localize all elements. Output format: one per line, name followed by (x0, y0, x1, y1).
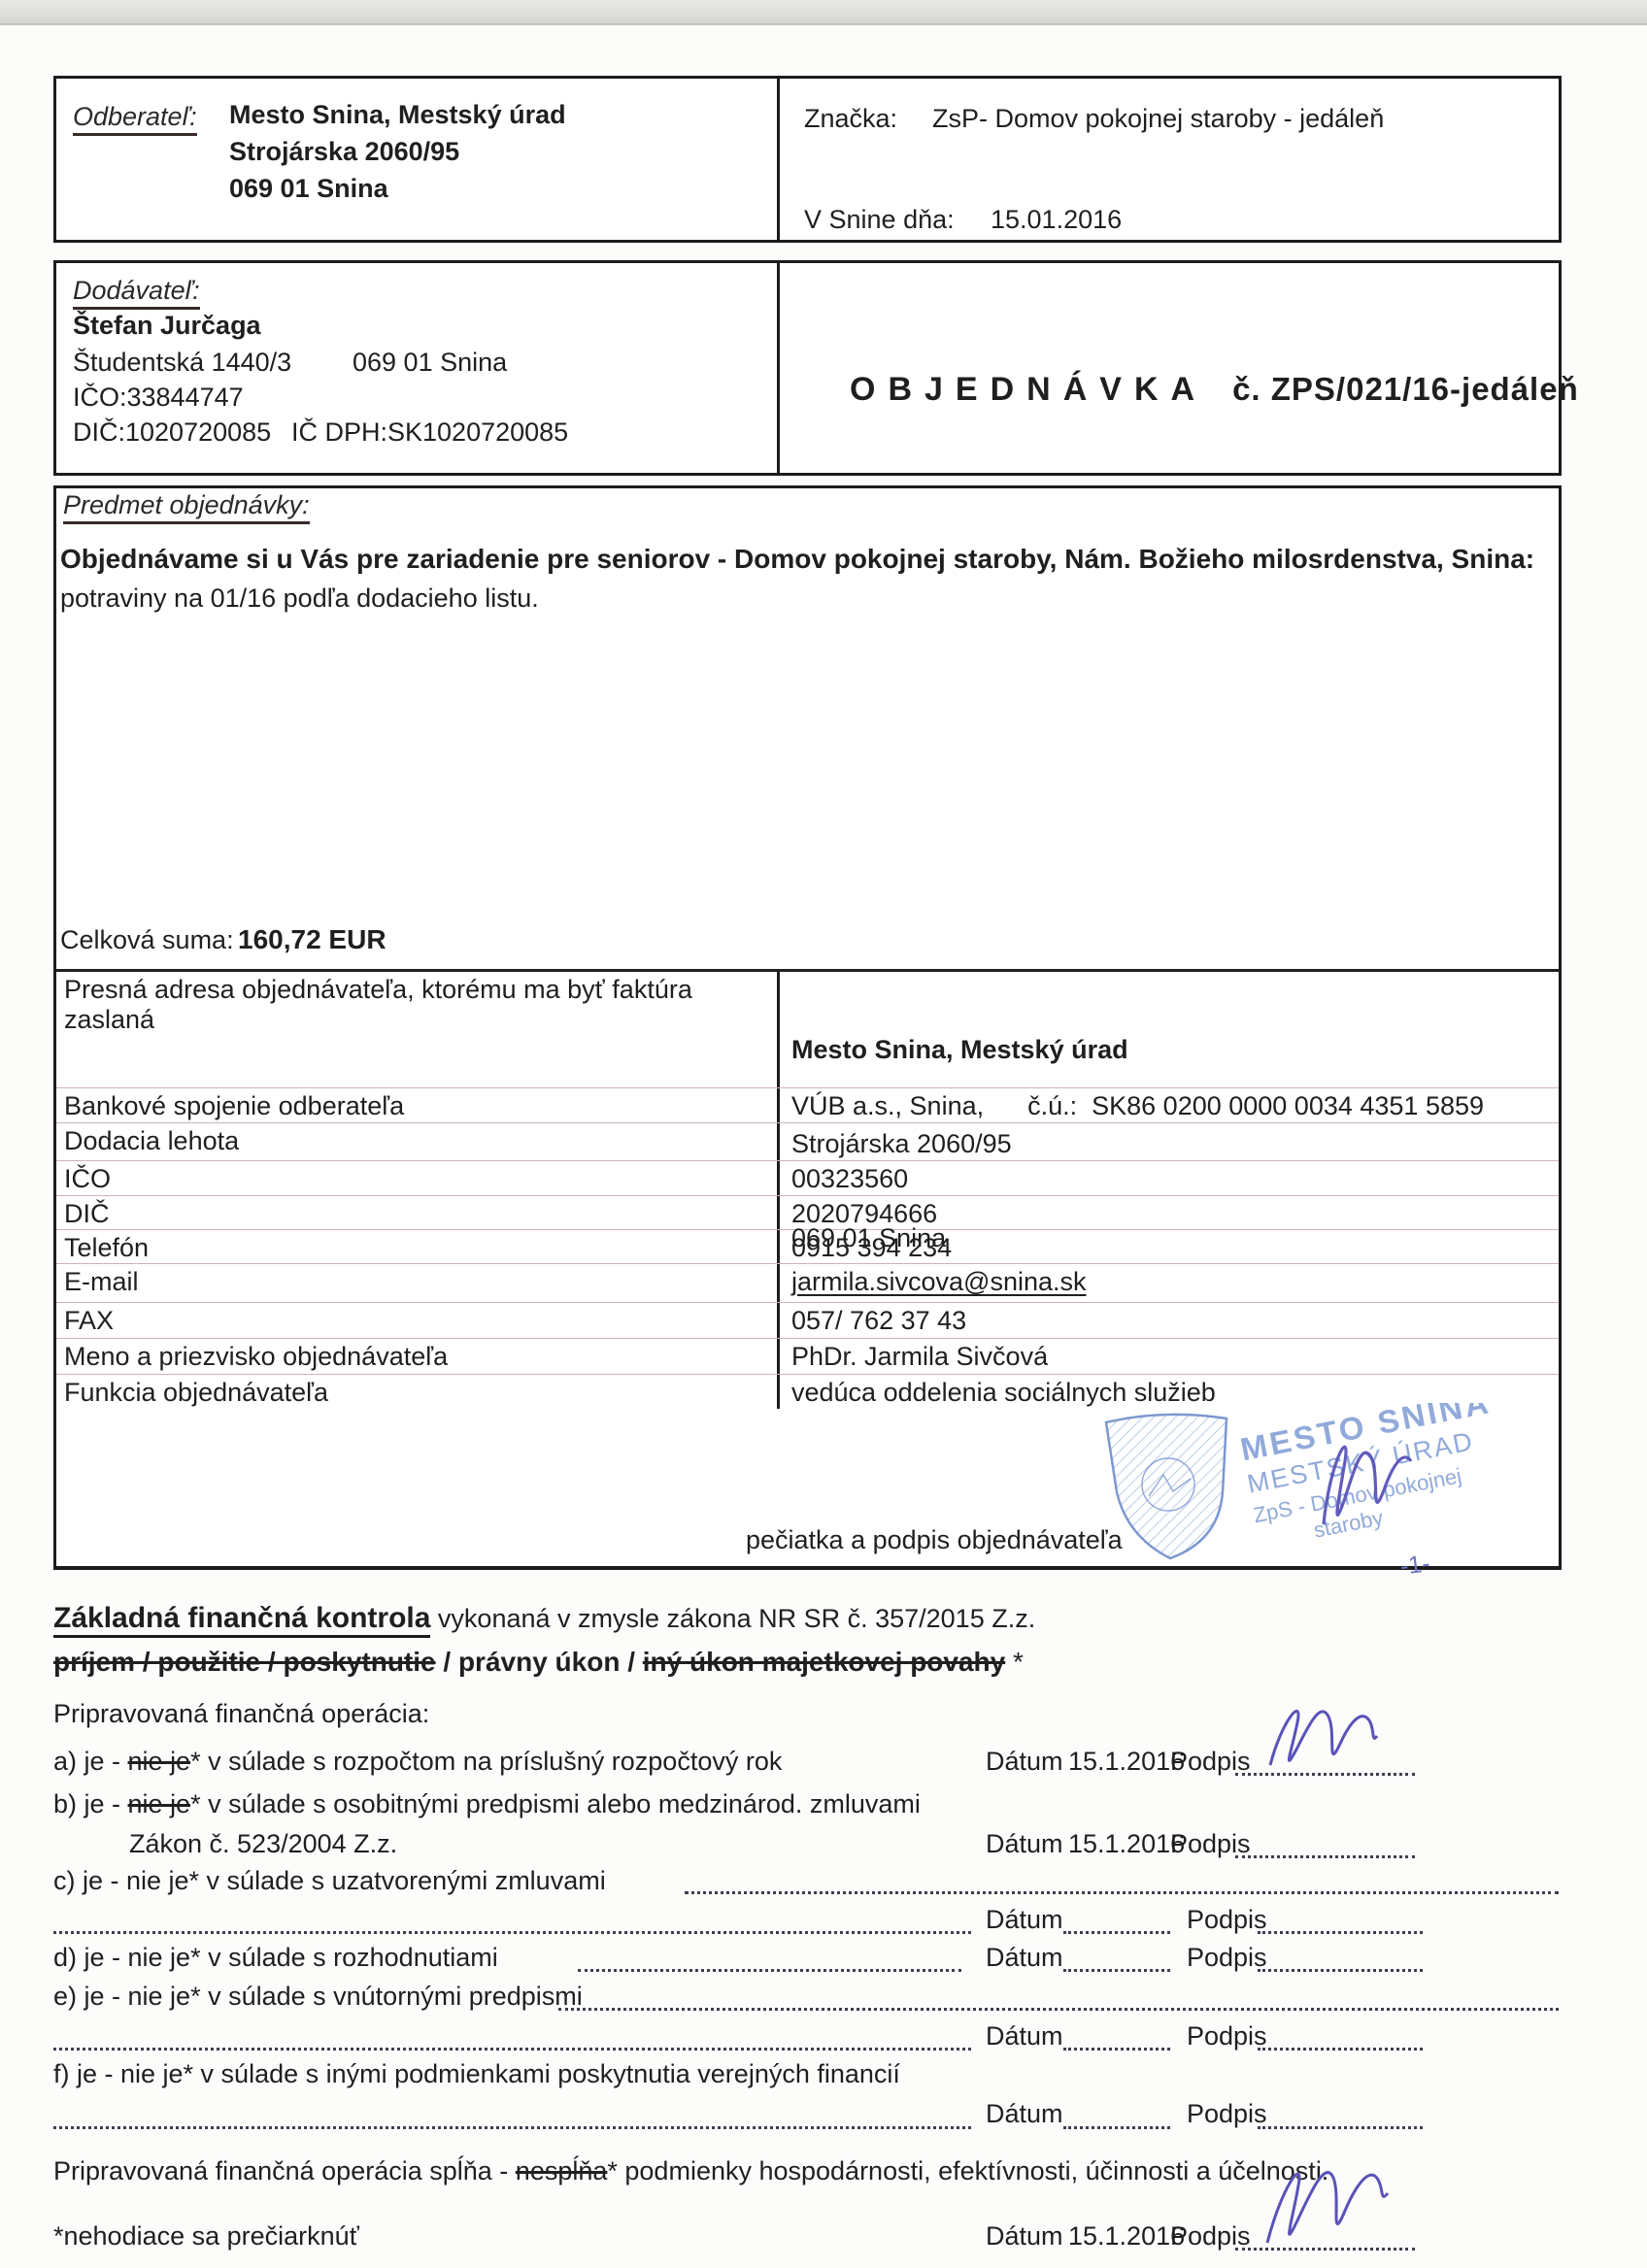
signature-label: Podpis (1187, 1943, 1267, 1973)
dotted-line (1258, 2126, 1423, 2129)
dotted-line (1063, 2048, 1170, 2051)
header-divider (777, 79, 780, 240)
item-c: c) je - nie je* v súlade s uzatvorenými … (53, 1866, 606, 1896)
stamp-caption: pečiatka a podpis objednávateľa (746, 1525, 1123, 1555)
row-label: Presná adresa objednávateľa, ktorému ma … (56, 972, 777, 1087)
dotted-line (1063, 1969, 1170, 1972)
dotted-line (1258, 2048, 1423, 2051)
item-b: b) je - nie je* v súlade s osobitnými pr… (53, 1789, 921, 1819)
dotted-line (1258, 1969, 1423, 1972)
row-label: Dodacia lehota (56, 1123, 777, 1160)
row-label: IČO (56, 1161, 777, 1195)
table-row: Meno a priezvisko objednávateľa PhDr. Ja… (56, 1338, 1559, 1374)
city-stamp: MESTO SNINA MESTSKÝ ÚRAD ZpS - Domov pok… (1091, 1403, 1508, 1568)
dotted-line (1235, 1855, 1415, 1858)
control-heading-line: Základná finančná kontrola vykonaná v zm… (53, 1602, 1035, 1635)
dotted-line (1063, 2126, 1170, 2129)
date-label: Dátum (986, 2099, 1063, 2129)
row-label: Meno a priezvisko objednávateľa (56, 1339, 777, 1374)
signature-a (1253, 1687, 1408, 1780)
table-row: DIČ 2020794666 (56, 1195, 1559, 1229)
row-value (777, 1123, 1559, 1160)
supplier-ico: IČO:33844747 (73, 383, 244, 413)
supplier-name: Štefan Jurčaga (73, 311, 261, 341)
scanned-order-page: Odberateľ: Mesto Snina, Mestský úrad Str… (0, 0, 1647, 2268)
date-label: Dátum (986, 1747, 1063, 1777)
scan-edge-band (0, 0, 1647, 25)
order-number: č. ZPS/021/16-jedáleň (1232, 371, 1579, 407)
table-row: FAX 057/ 762 37 43 (56, 1302, 1559, 1338)
row-value: PhDr. Jarmila Sivčová (777, 1339, 1559, 1374)
row-value-email: jarmila.sivcova@snina.sk (777, 1264, 1559, 1302)
table-row: Telefón 0915 394 234 (56, 1229, 1559, 1263)
option-star: * (1005, 1647, 1024, 1677)
dotted-line (1063, 1931, 1170, 1934)
dotted-line (1258, 1931, 1423, 1934)
customer-name: Mesto Snina, Mestský úrad (229, 100, 566, 130)
row-value: 2020794666 (777, 1196, 1559, 1229)
date-value-final: 15.1.2016 (1068, 2221, 1185, 2251)
total-label: Celková suma: (60, 925, 234, 955)
date-label: Dátum (986, 1905, 1063, 1935)
customer-label: Odberateľ: (73, 102, 197, 136)
table-row: E-mail jarmila.sivcova@snina.sk (56, 1263, 1559, 1302)
dotted-line (685, 1891, 1559, 1894)
place-date-label: V Snine dňa: (804, 205, 955, 235)
customer-street: Strojárska 2060/95 (229, 137, 459, 167)
date-label: Dátum (986, 2021, 1063, 2051)
subject-line2: potraviny na 01/16 podľa dodacieho listu… (60, 584, 539, 614)
item-e: e) je - nie je* v súlade s vnútornými pr… (53, 1982, 583, 2012)
item-d: d) je - nie je* v súlade s rozhodnutiami (53, 1943, 498, 1973)
fulfils-struck: nespĺňa (516, 2156, 608, 2185)
row-label: DIČ (56, 1196, 777, 1229)
supplier-ic-dph: IČ DPH:SK1020720085 (291, 417, 568, 448)
row-label: E-mail (56, 1264, 777, 1302)
item-a-struck: nie je (128, 1747, 191, 1776)
stamp-shield (1106, 1415, 1227, 1558)
item-f: f) je - nie je* v súlade s inými podmien… (53, 2059, 900, 2089)
dotted-line (558, 2008, 1559, 2011)
option-mid: / právny úkon / (436, 1647, 643, 1677)
item-a: a) je - nie je* v súlade s rozpočtom na … (53, 1747, 782, 1777)
struck-option-b: iný úkon majetkovej povahy (643, 1647, 1005, 1677)
date-value-b: 15.1.2016 (1068, 1829, 1185, 1859)
supplier-city: 069 01 Snina (353, 348, 507, 378)
customer-city: 069 01 Snina (229, 174, 388, 204)
row-value: 00323560 (777, 1161, 1559, 1195)
item-b-law: Zákon č. 523/2004 Z.z. (129, 1829, 397, 1859)
control-operation-type-line: príjem / použitie / poskytnutie / právny… (53, 1647, 1024, 1678)
header-box: Odberateľ: Mesto Snina, Mestský úrad Str… (53, 76, 1562, 243)
table-row: Presná adresa objednávateľa, ktorému ma … (56, 972, 1559, 1087)
date-label: Dátum (986, 1829, 1063, 1859)
supplier-divider (777, 263, 780, 473)
subject-label: Predmet objednávky: (63, 490, 310, 524)
supplier-box: Dodávateľ: Štefan Jurčaga Študentská 144… (53, 260, 1562, 476)
footnote: *nehodiace sa prečiarknúť (53, 2221, 359, 2251)
date-label: Dátum (986, 1943, 1063, 1973)
signature-label: Podpis (1187, 2021, 1267, 2051)
order-title: OBJEDNÁVKA (850, 371, 1207, 408)
dotted-line (578, 1969, 961, 1972)
place-date-value: 15.01.2016 (991, 205, 1122, 235)
signature-label: Podpis (1187, 1905, 1267, 1935)
row-label: Telefón (56, 1230, 777, 1263)
prepared-operation-label: Pripravovaná finančná operácia: (53, 1699, 429, 1729)
supplier-dic: DIČ:1020720085 (73, 417, 271, 448)
row-value: Mesto Snina, Mestský úrad Strojárska 206… (777, 972, 1559, 1087)
date-value-a: 15.1.2016 (1068, 1747, 1185, 1777)
item-b-struck: nie je (128, 1789, 191, 1818)
mark-label: Značka: (804, 104, 897, 134)
supplier-street: Študentská 1440/3 (73, 348, 291, 378)
dotted-line (53, 2048, 971, 2051)
date-label: Dátum (986, 2221, 1063, 2251)
row-label: Bankové spojenie odberateľa (56, 1088, 777, 1122)
stamp-text: MESTO SNINA MESTSKÝ ÚRAD ZpS - Domov pok… (1237, 1403, 1508, 1553)
control-heading-rest: vykonaná v zmysle zákona NR SR č. 357/20… (430, 1604, 1035, 1633)
row-value: 0915 394 234 (777, 1230, 1559, 1263)
table-row: IČO 00323560 (56, 1160, 1559, 1195)
mark-value: ZsP- Domov pokojnej staroby - jedáleň (932, 104, 1384, 134)
dotted-line (53, 2126, 971, 2129)
table-row: Dodacia lehota (56, 1122, 1559, 1160)
control-heading: Základná finančná kontrola (53, 1602, 430, 1638)
total-value: 160,72 EUR (238, 924, 387, 955)
invoice-address-name: Mesto Snina, Mestský úrad (791, 1035, 1553, 1065)
details-table: Presná adresa objednávateľa, ktorému ma … (56, 969, 1559, 1409)
row-label: Funkcia objednávateľa (56, 1375, 777, 1409)
row-value: 057/ 762 37 43 (777, 1303, 1559, 1338)
supplier-label: Dodávateľ: (73, 276, 200, 310)
signature-label: Podpis (1187, 2099, 1267, 2129)
signature-final (1248, 2141, 1423, 2257)
dotted-line (53, 1931, 971, 1934)
struck-option-a: príjem / použitie / poskytnutie (53, 1647, 436, 1677)
subject-line1: Objednávame si u Vás pre zariadenie pre … (60, 544, 1534, 575)
table-row: Bankové spojenie odberateľa VÚB a.s., Sn… (56, 1087, 1559, 1122)
fulfils-line: Pripravovaná finančná operácia spĺňa - n… (53, 2156, 1328, 2186)
order-body-box: Predmet objednávky: Objednávame si u Vás… (53, 485, 1562, 1570)
page-number: -1- (1398, 1550, 1431, 1582)
row-value: VÚB a.s., Snina, č.ú.: SK86 0200 0000 00… (777, 1088, 1559, 1122)
row-label: FAX (56, 1303, 777, 1338)
